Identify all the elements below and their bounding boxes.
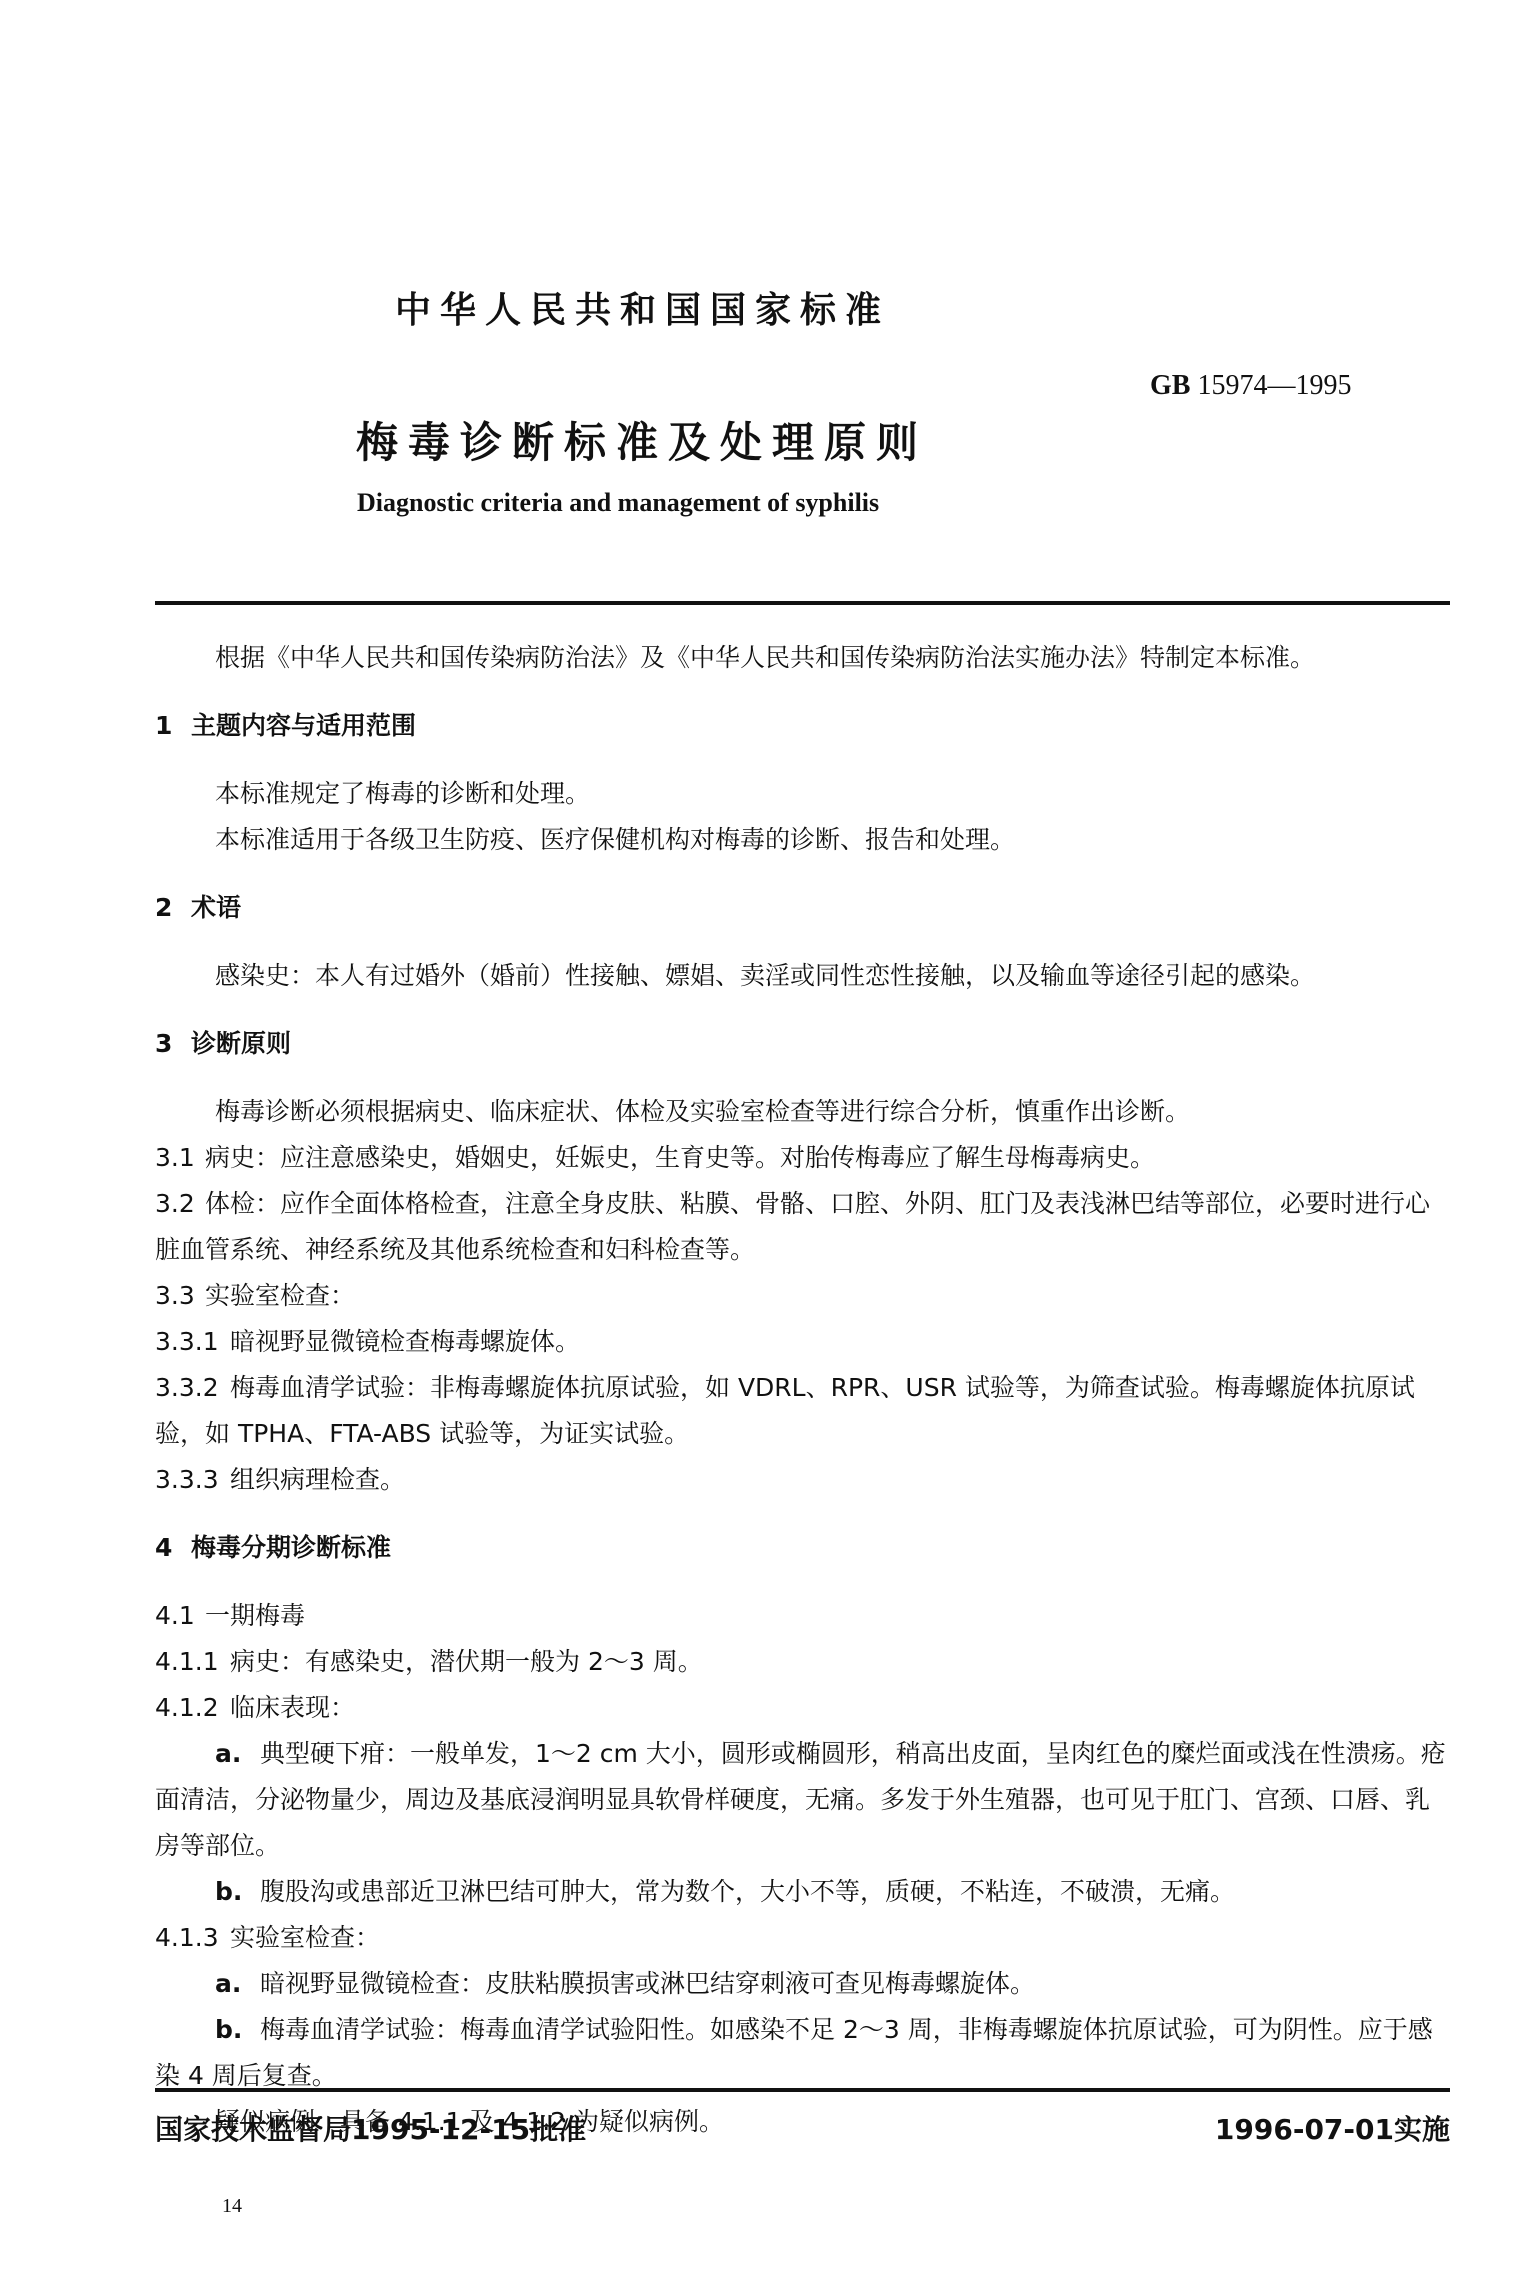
section-1-heading: 1主题内容与适用范围 bbox=[155, 703, 1450, 749]
clause-4-1-3: 4.1.3实验室检查： bbox=[155, 1915, 1450, 1961]
paragraph: 本标准规定了梅毒的诊断和处理。 bbox=[155, 771, 1450, 817]
paragraph: 感染史：本人有过婚外（婚前）性接触、嫖娼、卖淫或同性恋性接触，以及输血等途径引起… bbox=[155, 953, 1450, 999]
org-title: 中华人民共和国国家标准 bbox=[395, 282, 890, 333]
clause-3-3-2: 3.3.2梅毒血清学试验：非梅毒螺旋体抗原试验，如 VDRL、RPR、USR 试… bbox=[155, 1365, 1450, 1457]
clause-3-3-1: 3.3.1暗视野显微镜检查梅毒螺旋体。 bbox=[155, 1319, 1450, 1365]
paragraph: 本标准适用于各级卫生防疫、医疗保健机构对梅毒的诊断、报告和处理。 bbox=[155, 817, 1450, 863]
section-4-heading: 4梅毒分期诊断标准 bbox=[155, 1525, 1450, 1571]
clause-4-1-1: 4.1.1病史：有感染史，潜伏期一般为 2～3 周。 bbox=[155, 1639, 1450, 1685]
effective-date: 1996-07-01实施 bbox=[1215, 2108, 1450, 2148]
clause-4-1-2-a: a.典型硬下疳：一般单发，1～2 cm 大小，圆形或椭圆形，稍高出皮面，呈肉红色… bbox=[155, 1731, 1450, 1869]
clause-4-1-2-b: b.腹股沟或患部近卫淋巴结可肿大，常为数个，大小不等，质硬，不粘连，不破溃，无痛… bbox=[155, 1869, 1450, 1915]
section-3-heading: 3诊断原则 bbox=[155, 1021, 1450, 1067]
clause-3-3-3: 3.3.3组织病理检查。 bbox=[155, 1457, 1450, 1503]
clause-4-1: 4.1一期梅毒 bbox=[155, 1593, 1450, 1639]
preamble: 根据《中华人民共和国传染病防治法》及《中华人民共和国传染病防治法实施办法》特制定… bbox=[155, 635, 1450, 681]
footer-divider bbox=[155, 2088, 1450, 2092]
clause-3-3: 3.3实验室检查： bbox=[155, 1273, 1450, 1319]
paragraph: 梅毒诊断必须根据病史、临床症状、体检及实验室检查等进行综合分析，慎重作出诊断。 bbox=[155, 1089, 1450, 1135]
approval-date: 国家技术监督局1995-12-15批准 bbox=[155, 2108, 586, 2148]
clause-4-1-3-b: b.梅毒血清学试验：梅毒血清学试验阳性。如感染不足 2～3 周，非梅毒螺旋体抗原… bbox=[155, 2007, 1450, 2099]
clause-3-2: 3.2体检：应作全面体格检查，注意全身皮肤、粘膜、骨骼、口腔、外阴、肛门及表浅淋… bbox=[155, 1181, 1450, 1273]
page-number: 14 bbox=[222, 2195, 242, 2218]
section-2-heading: 2术语 bbox=[155, 885, 1450, 931]
clause-4-1-3-a: a.暗视野显微镜检查：皮肤粘膜损害或淋巴结穿刺液可查见梅毒螺旋体。 bbox=[155, 1961, 1450, 2007]
standard-code: GB 15974—1995 bbox=[1150, 370, 1351, 402]
clause-3-1: 3.1病史：应注意感染史，婚姻史，妊娠史，生育史等。对胎传梅毒应了解生母梅毒病史… bbox=[155, 1135, 1450, 1181]
document-body: 根据《中华人民共和国传染病防治法》及《中华人民共和国传染病防治法实施办法》特制定… bbox=[155, 635, 1450, 2145]
standard-code-prefix: GB bbox=[1150, 370, 1190, 401]
document-title-en: Diagnostic criteria and management of sy… bbox=[357, 488, 879, 518]
document-title-cn: 梅毒诊断标准及处理原则 bbox=[356, 410, 928, 470]
standard-code-number: 15974—1995 bbox=[1197, 370, 1351, 401]
header-divider bbox=[155, 601, 1450, 605]
clause-4-1-2: 4.1.2临床表现： bbox=[155, 1685, 1450, 1731]
